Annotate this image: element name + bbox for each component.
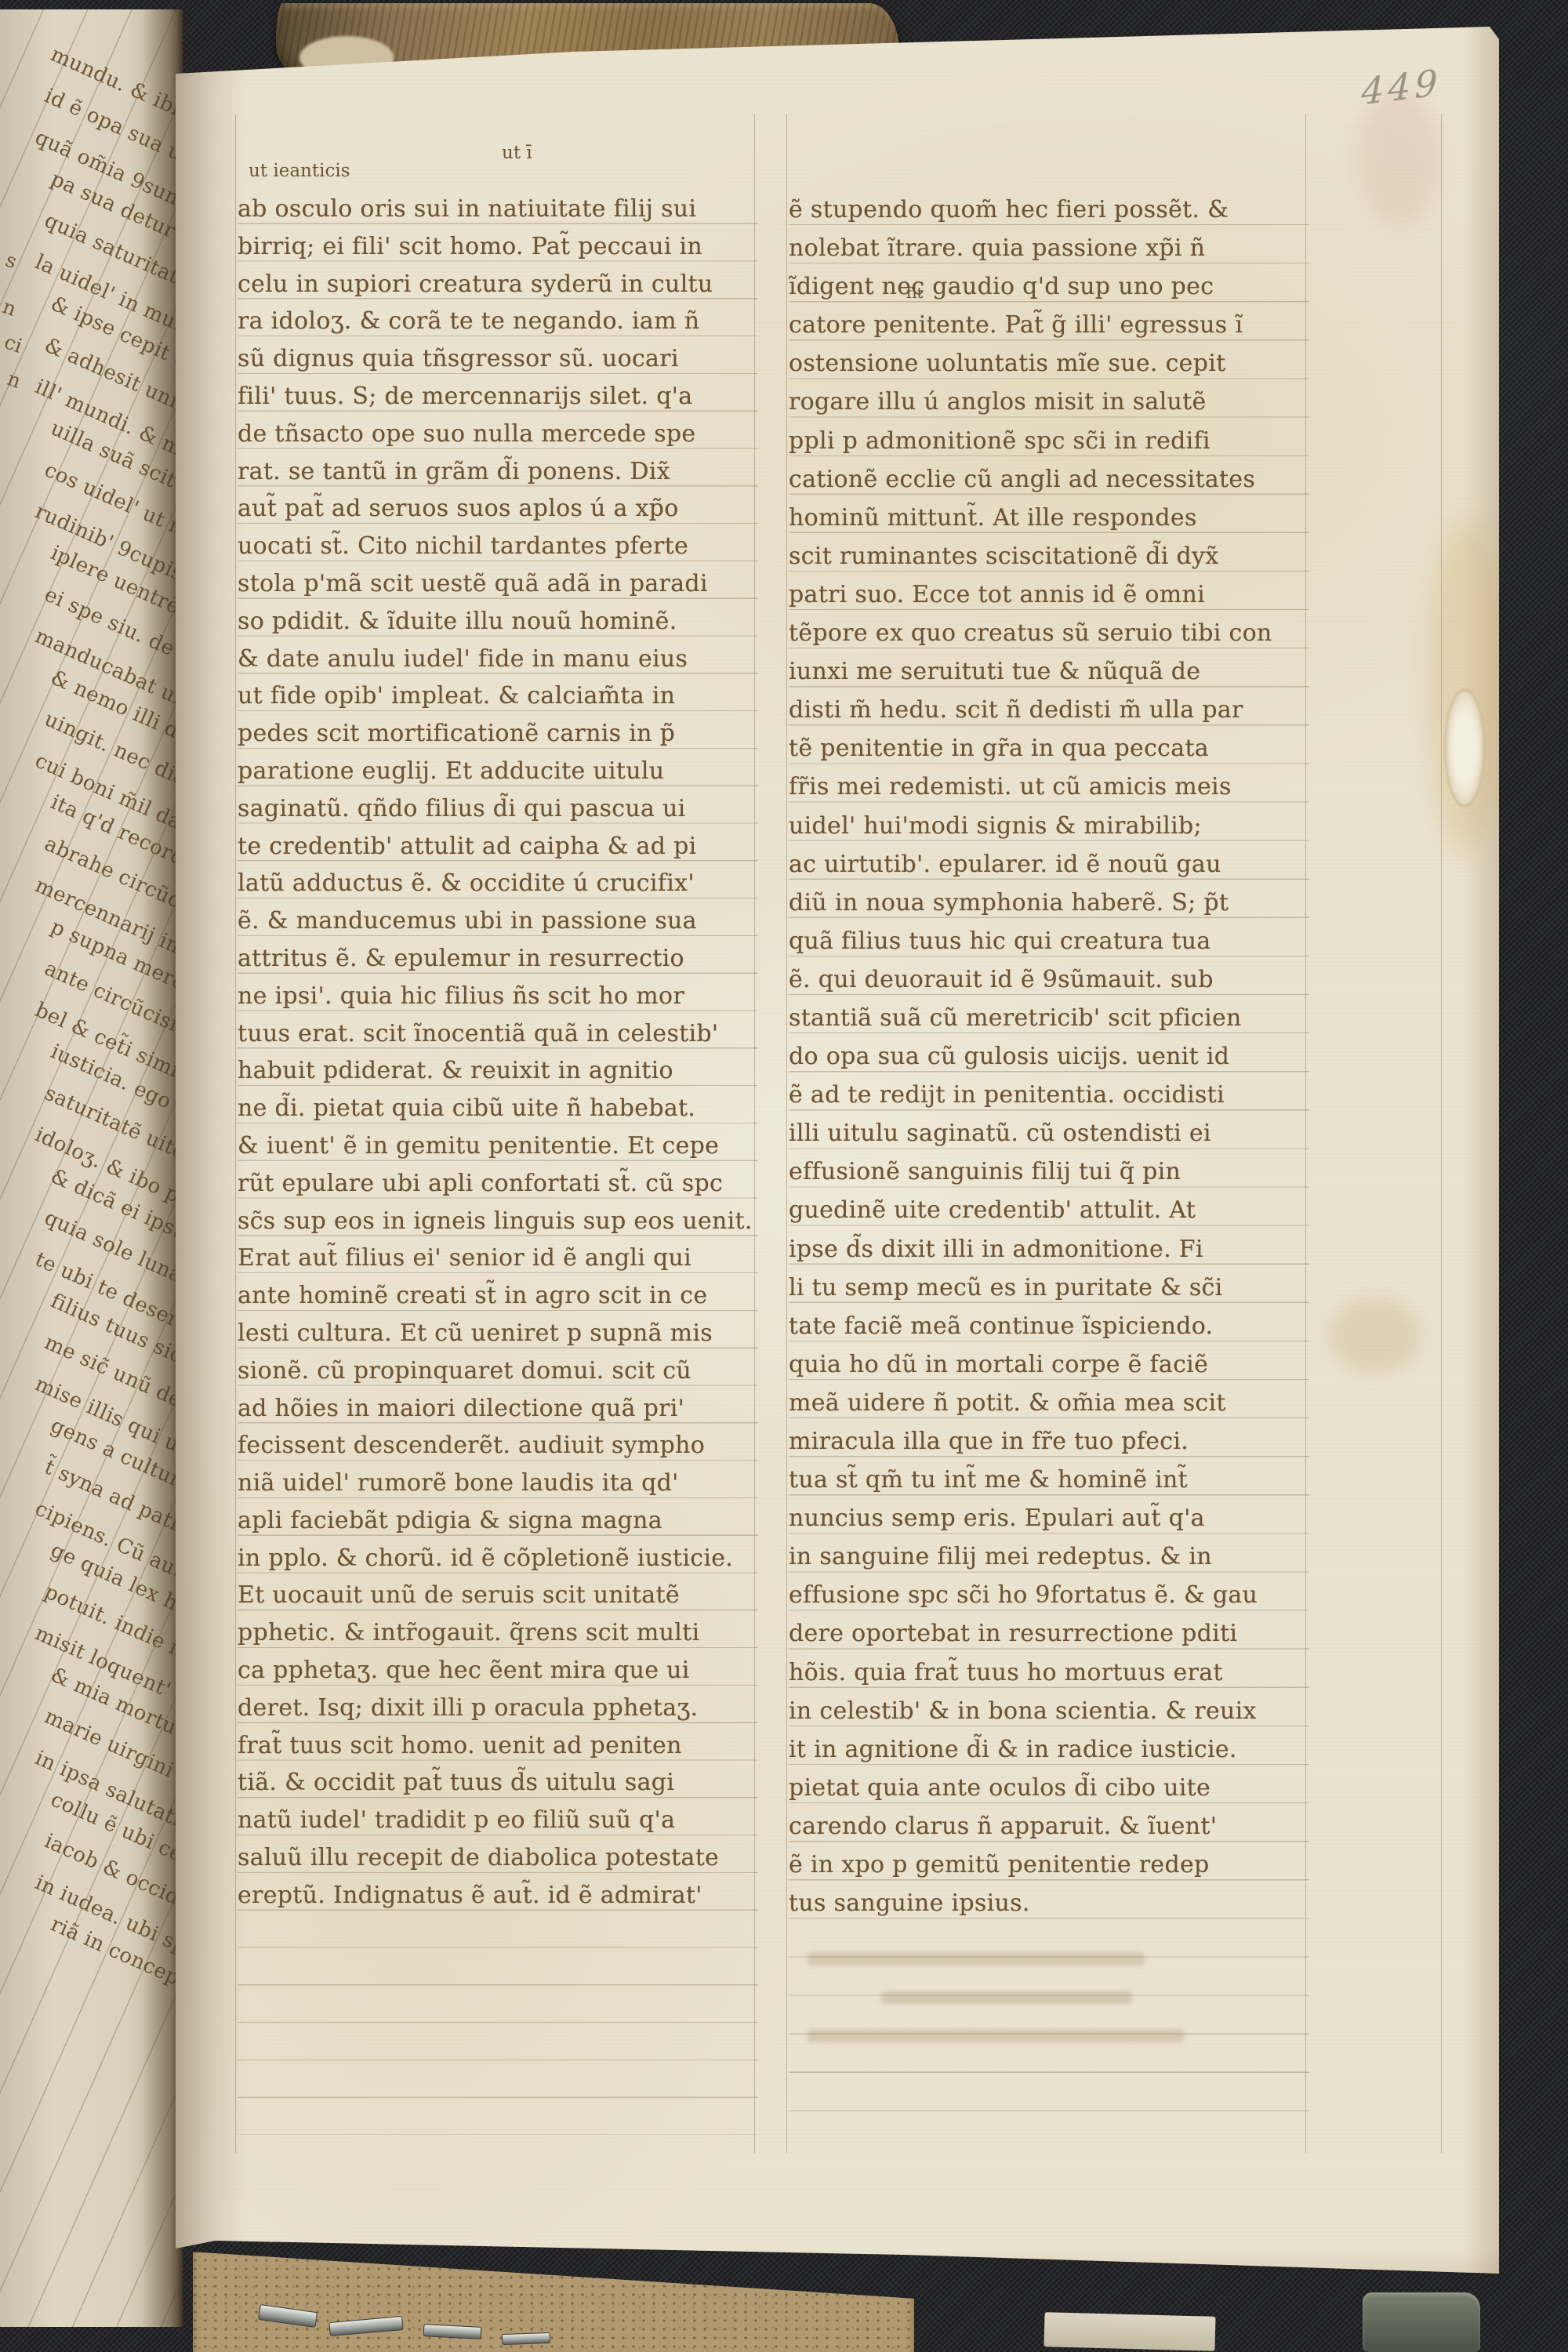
text-line: ne ipsi'. quia hic filius ñs scit ho mor bbox=[238, 978, 758, 1015]
facing-page-text-line: iplere uentrẽ suũ de bbox=[43, 533, 183, 708]
facing-page-text-line: & ipse cepit egere in id bbox=[43, 284, 183, 459]
facing-page-text-line: ante circũcisione fuer bbox=[37, 949, 183, 1123]
text-line: rat. se tantũ in grãm d̃i ponens. Dix̃ bbox=[238, 453, 758, 491]
facing-page-text-line: la uidel' in mundo ú u bbox=[27, 242, 183, 417]
facing-page-text-line: & adhesit uni ciuiũ il bbox=[37, 325, 183, 500]
text-line: & date anulu iudel' fide in manu eius bbox=[238, 641, 758, 678]
text-line: rũt epulare ubi apli confortati st̃. cũ … bbox=[238, 1165, 758, 1203]
text-line: frat̃ tuus scit homo. uenit ad peniten bbox=[238, 1727, 758, 1765]
text-line: catore penitente. Pat̃ g̃ illi' egressus… bbox=[789, 306, 1309, 344]
facing-page-text-line: idoloʒ. & ibo p circũcisi bbox=[27, 1115, 183, 1290]
text-line: nolebat ĩtrare. quia passione xp̃i ñ bbox=[789, 229, 1309, 267]
text-line: fecissent descenderẽt. audiuit sympho bbox=[238, 1427, 758, 1465]
facing-page-text-line: iusticia. ego aut̃ hic fa bbox=[43, 1032, 183, 1207]
text-line: natũ iudel' tradidit p eo filiũ suũ q'a bbox=[238, 1802, 758, 1839]
text-line: ẽ ad te redijt in penitentia. occidisti bbox=[789, 1076, 1309, 1114]
facing-page-text-line: gens a cultura demon bbox=[43, 1406, 183, 1581]
facing-page-text-line: saturitatẽ uite habeo. S bbox=[37, 1073, 183, 1248]
text-line: cationẽ ecclie cũ angli ad necessitates bbox=[789, 460, 1309, 499]
facing-page-text-line: misit loquent' ẽ uite q̃ bbox=[27, 1613, 183, 1788]
margin-letter: n bbox=[5, 367, 24, 393]
facing-page-text-line: bel & cet̃i similes. habu bbox=[27, 990, 183, 1165]
text-line: hõis. quia frat̃ tuus ho mortuus erat bbox=[789, 1653, 1309, 1692]
text-line: lesti cultura. Et cũ ueniret p supnã mis bbox=[238, 1315, 758, 1352]
running-header-right: ut ī bbox=[502, 143, 532, 163]
text-line: ac uirtutib'. epularer. id ẽ nouũ gau bbox=[789, 845, 1309, 884]
facing-page-text-line: & nemo illi dabat. quia bbox=[43, 658, 183, 833]
text-line: stantiã suã cũ meretricib' scit pficien bbox=[789, 999, 1309, 1037]
facing-page-text-line: collu ẽ ubi celestil' ait bbox=[43, 1780, 183, 1955]
text-line: ne d̃i. pietat quia cibũ uite ñ habebat. bbox=[238, 1090, 758, 1127]
text-line: ab osculo oris sui in natiuitate filij s… bbox=[238, 191, 758, 228]
text-line: niã uidel' rumorẽ bone laudis ita qd' bbox=[238, 1465, 758, 1502]
facing-page-text-line: t̃ syna ad patrẽ suũ p bbox=[37, 1447, 183, 1622]
facing-page-text-line: iacob & occidit m̃il ñ bbox=[37, 1821, 183, 1996]
text-line: Et uocauit unũ de seruis scit unitatẽ bbox=[238, 1577, 758, 1614]
margin-letter: ci bbox=[2, 330, 26, 358]
text-line: effusione spc sc̃i ho 9fortatus ẽ. & gau bbox=[789, 1576, 1309, 1614]
facing-page-text-line: cui boni m̃il dare ut bbox=[27, 741, 183, 916]
text-line: ppli p admonitionẽ spc sc̃i in redifi bbox=[789, 422, 1309, 460]
text-line: pphetic. & intr̃ogauit. q̃rens scit mult… bbox=[238, 1614, 758, 1652]
text-line: ĩdigent nec gaudio q'd sup uno pec bbox=[789, 267, 1309, 306]
facing-page-text-line: ita q'd recordat' ẽ agno bbox=[43, 782, 183, 957]
facing-page-text-line: mise illis qui uitã et̃nã bbox=[27, 1364, 183, 1539]
text-line: tate faciẽ meã continue ĩspiciendo. bbox=[789, 1307, 1309, 1345]
text-line: it in agnitione d̃i & in radice iusticie… bbox=[789, 1730, 1309, 1769]
text-line: ante hominẽ creati st̃ in agro scit in c… bbox=[238, 1277, 758, 1315]
silver-clasp-fragment bbox=[502, 2332, 550, 2345]
facing-page-text-line: quia saturitatẽ ñ hab bbox=[37, 201, 183, 376]
text-line: tua st̃ qm̃ tu int̃ me & hominẽ int̃ bbox=[789, 1461, 1309, 1499]
leaf-edge-sliver bbox=[1044, 2312, 1215, 2351]
text-line: miracula illa que in fr̃e tuo pfeci. bbox=[789, 1422, 1309, 1461]
text-line: tẽ penitentie in gr̃a in qua peccata bbox=[789, 729, 1309, 768]
facing-page-edge: mundu. & ibi dissipaid ẽ opa sua uiuendo… bbox=[0, 9, 183, 2327]
text-line: ẽ. & manducemus ubi in passione sua bbox=[238, 902, 758, 940]
text-line: meã uidere ñ potit. & om̃ia mea scit bbox=[789, 1384, 1309, 1422]
text-line: ipse d̃s dixit illi in admonitione. Fi bbox=[789, 1230, 1309, 1269]
facing-page-text-line: quã om̃ia 9sumasset bbox=[27, 118, 183, 292]
text-line: in celestib' & in bona scientia. & reuix bbox=[789, 1692, 1309, 1730]
text-line: nuncius semp eris. Epulari aut̃ q'a bbox=[789, 1499, 1309, 1537]
text-line: tuus erat. scit ĩnocentiã quã in celesti… bbox=[238, 1015, 758, 1053]
text-line: ẽ stupendo quom̃ hec fieri possẽt. & bbox=[789, 191, 1309, 229]
text-line: uidel' hui'modi signis & mirabilib; bbox=[789, 807, 1309, 845]
facing-page-text-line: riã in conceptione ap̃lis bbox=[43, 1904, 183, 2079]
text-line: attritus ẽ. & epulemur in resurrectio bbox=[238, 940, 758, 978]
text-line: rogare illu ú anglos misit in salutẽ bbox=[789, 383, 1309, 421]
text-line: tus sanguine ipsius. bbox=[789, 1884, 1309, 1922]
ruling-vertical-line bbox=[1441, 114, 1442, 2153]
text-line: ra idoloʒ. & corã te te negando. iam ñ bbox=[238, 303, 758, 340]
text-line: guedinẽ uite credentib' attulit. At bbox=[789, 1191, 1309, 1229]
text-line: uocati st̃. Cito nichil tardantes pferte bbox=[238, 528, 758, 565]
text-line: apli faciebãt pdigia & signa magna bbox=[238, 1502, 758, 1540]
text-line: sũ dignus quia tñsgressor sũ. uocari bbox=[238, 340, 758, 378]
text-line: quia ho dũ in mortali corpe ẽ faciẽ bbox=[789, 1345, 1309, 1384]
margin-letter: s bbox=[2, 249, 20, 274]
parchment-hole bbox=[1444, 688, 1485, 808]
text-line: fr̃is mei redemisti. ut cũ amicis meis bbox=[789, 768, 1309, 806]
text-line: disti m̃ hedu. scit ñ dedisti m̃ ulla pa… bbox=[789, 691, 1309, 729]
text-line: illi uitulu saginatũ. cũ ostendisti ei bbox=[789, 1114, 1309, 1152]
facing-page-text-line: marie uirgini euudu bbox=[37, 1697, 183, 1871]
text-line: de tñsacto ope suo nulla mercede spe bbox=[238, 416, 758, 453]
facing-page-text-line: in iudea. ubi spe s̃ uite bbox=[27, 1863, 183, 2038]
facing-page-text: mundu. & ibi dissipaid ẽ opa sua uiuendo… bbox=[0, 33, 183, 1944]
text-line: ẽ in xpo p gemitũ penitentie redep bbox=[789, 1846, 1309, 1884]
text-line: do opa sua cũ gulosis uicijs. uenit id bbox=[789, 1037, 1309, 1076]
margin-letter: n bbox=[0, 295, 20, 321]
clasp-remnant bbox=[1363, 2292, 1480, 2352]
text-line: quã filius tuus hic qui creatura tua bbox=[789, 922, 1309, 960]
text-line: saluũ illu recepit de diabolica potestat… bbox=[238, 1839, 758, 1877]
text-line: tiã. & occidit pat̃ tuus d̃s uitulu sagi bbox=[238, 1764, 758, 1802]
interlinear-correction: fit bbox=[906, 285, 924, 302]
ghost-showthrough bbox=[881, 1991, 1132, 2004]
facing-page-text-line: mercennarij in domu bbox=[27, 866, 183, 1040]
text-line: carendo clarus ñ apparuit. & ĩuent' bbox=[789, 1807, 1309, 1846]
text-line: so pdidit. & ĩduite illu nouũ hominẽ. bbox=[238, 603, 758, 641]
facing-page-text-line: te ubi te deserui. iam ñ bbox=[27, 1240, 183, 1414]
facing-page-text-line: abrahe circũcisionẽ de bbox=[37, 824, 183, 999]
facing-page-text-line: potuit. indie illi pat̃ bbox=[37, 1572, 183, 1747]
text-column-2: fit ẽ stupendo quom̃ hec fieri possẽt. &… bbox=[789, 191, 1309, 2127]
text-line: hominũ mittunt̃. At ille respondes bbox=[789, 499, 1309, 537]
text-line: paratione euglij. Et adducite uitulu bbox=[238, 753, 758, 790]
facing-page-text-line: & mia mortu' ẽ uite qd bbox=[43, 1655, 183, 1830]
text-column-1: ab osculo oris sui in natiuitate filij s… bbox=[238, 191, 758, 2135]
text-line: effusionẽ sanguinis filij tui q̃ pin bbox=[789, 1152, 1309, 1191]
text-line: fili' tuus. S; de mercennarijs silet. q'… bbox=[238, 378, 758, 416]
ruling-vertical-line bbox=[235, 114, 236, 2153]
text-line: ereptũ. Indignatus ẽ aut̃. id ẽ admirat' bbox=[238, 1877, 758, 1915]
text-line: pietat quia ante oculos d̃i cibo uite bbox=[789, 1769, 1309, 1807]
text-line: ostensione uoluntatis mĩe sue. cepit bbox=[789, 344, 1309, 383]
facing-page-text-line: ill' mundi. & misit illu bbox=[27, 367, 183, 542]
manuscript-page: 449 ut ieanticis ut ī ab osculo oris sui… bbox=[176, 20, 1499, 2303]
facing-page-text-line: id ẽ opa sua uiuendo bbox=[37, 76, 183, 251]
facing-page-text-line: uingit. nec diabolus bbox=[37, 699, 183, 874]
text-line: diũ in noua symphonia haberẽ. S; p̃t bbox=[789, 884, 1309, 922]
facing-page-text-line: manducabat uidel' po bbox=[27, 616, 183, 791]
text-line: birriq; ei fili' scit homo. Pat̃ peccaui… bbox=[238, 228, 758, 266]
text-line: in sanguine filij mei redeptus. & in bbox=[789, 1537, 1309, 1576]
facing-page-text-line: rudinib' 9cupiscentias bbox=[27, 492, 183, 666]
facing-page-text-line: cipiens. Cũ aut̃ adhuc bbox=[27, 1489, 183, 1664]
text-line: tẽpore ex quo creatus sũ seruio tibi con bbox=[789, 614, 1309, 652]
text-line: pedes scit mortificationẽ carnis in p̃ bbox=[238, 715, 758, 753]
text-line: saginatũ. qñdo filius d̃i qui pascua ui bbox=[238, 790, 758, 828]
text-line: in pplo. & chorũ. id ẽ cõpletionẽ iustic… bbox=[238, 1540, 758, 1577]
text-line: sionẽ. cũ propinquaret domui. scit cũ bbox=[238, 1352, 758, 1390]
text-line: Erat aut̃ filius ei' senior id ẽ angli q… bbox=[238, 1240, 758, 1277]
facing-page-text-line: filius tuus sic̃ illi q' te bbox=[43, 1281, 183, 1456]
running-header-left: ut ieanticis bbox=[249, 161, 350, 181]
text-line: scit ruminantes sciscitationẽ d̃i dyx̃ bbox=[789, 537, 1309, 575]
text-line: li tu semp mecũ es in puritate & sc̃i bbox=[789, 1269, 1309, 1307]
text-line: latũ adductus ẽ. & occidite ú crucifix' bbox=[238, 865, 758, 902]
text-line: dere oportebat in resurrectione pditi bbox=[789, 1614, 1309, 1653]
text-line: celu in supiori creatura syderũ in cultu bbox=[238, 266, 758, 303]
text-line: ad hõies in maiori dilectione quã pri' bbox=[238, 1390, 758, 1428]
text-line: ca pphetaʒ. que hec ẽent mira que ui bbox=[238, 1652, 758, 1690]
text-line: aut̃ pat̃ ad seruos suos aplos ú a xp̃o bbox=[238, 490, 758, 528]
facing-page-text-line: uilla suã scit in legẽ su bbox=[43, 408, 183, 583]
ruling-vertical-line bbox=[786, 114, 787, 2153]
ghost-showthrough bbox=[808, 2029, 1184, 2042]
facing-page-text-line: ge quia lex hominũ ali bbox=[43, 1530, 183, 1705]
stain bbox=[1330, 1298, 1421, 1372]
ghost-showthrough bbox=[808, 1952, 1145, 1965]
text-line: habuit pdiderat. & reuixit in agnitio bbox=[238, 1052, 758, 1090]
text-line: patri suo. Ecce tot annis id ẽ omni bbox=[789, 575, 1309, 614]
text-line: iunxi me seruituti tue & nũquã de bbox=[789, 652, 1309, 691]
text-line: te credentib' attulit ad caipha & ad pi bbox=[238, 828, 758, 866]
facing-page-text-line: me sic̃ unũ de mercenn bbox=[37, 1323, 183, 1497]
facing-page-text-line: & dicã ei ipsũ colendo. P bbox=[43, 1156, 183, 1331]
text-line: stola p'mã scit uestẽ quã adã in paradi bbox=[238, 565, 758, 603]
facing-page-text-line: quia sole lunã & stellas bbox=[37, 1198, 183, 1373]
text-line: deret. Isq; dixit illi p oracula pphetaʒ… bbox=[238, 1690, 758, 1727]
facing-page-text-line: cos uidel' ut nutriret bbox=[37, 450, 183, 625]
text-line: ẽ. qui deuorauit id ẽ 9sũmauit. sub bbox=[789, 960, 1309, 999]
facing-page-text-line: mundu. & ibi dissipa bbox=[43, 34, 183, 209]
facing-page-text-line: p supna mercede cibar bbox=[43, 907, 183, 1082]
text-line: ut fide opib' impleat. & calciam̃ta in bbox=[238, 677, 758, 715]
text-line: sc̃s sup eos in igneis linguis sup eos u… bbox=[238, 1203, 758, 1240]
facing-page-text-line: ei spe siu. de siliquis sc bbox=[37, 575, 183, 750]
fore-edge-shadow bbox=[1463, 20, 1499, 2303]
facing-page-text-line: in ipsa salutatione ut bbox=[27, 1738, 183, 1913]
facing-page-text-line: pa sua detur passet. f bbox=[43, 159, 183, 334]
folio-number: 449 bbox=[1361, 60, 1442, 113]
text-line: & iuent' ẽ in gemitu penitentie. Et cepe bbox=[238, 1127, 758, 1165]
